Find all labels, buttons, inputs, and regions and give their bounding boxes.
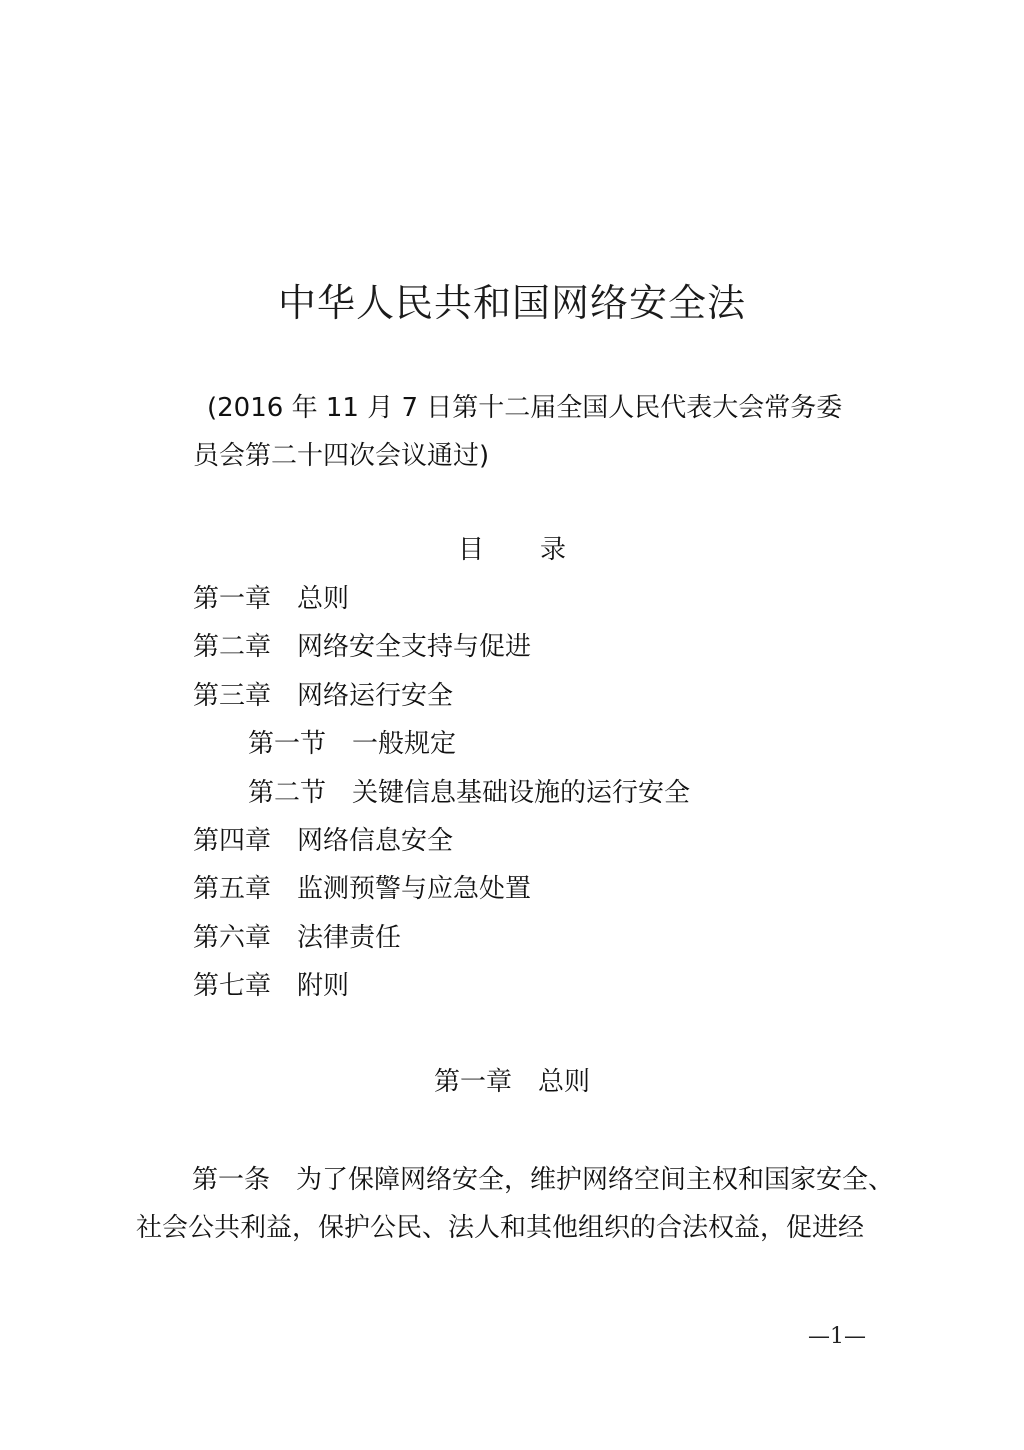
toc-item-number: 第二章: [193, 623, 271, 671]
chapter-title: 总则: [538, 1067, 590, 1097]
toc-item-title: 总则: [297, 584, 349, 614]
chapter-number: 第一章: [434, 1067, 512, 1097]
article-1: 第一条为了保障网络安全，维护网络空间主权和国家安全、 社会公共利益，保护公民、法…: [136, 1156, 926, 1252]
adoption-note-line-2: 员会第二十四次会议通过): [193, 432, 873, 480]
toc-item-chapter-3-section-2[interactable]: 第二节关键信息基础设施的运行安全: [193, 769, 893, 817]
toc-item-number: 第七章: [193, 962, 271, 1010]
toc-item-chapter-7[interactable]: 第七章附则: [193, 962, 893, 1010]
toc-item-number: 第一章: [193, 575, 271, 623]
article-text-line-1: 为了保障网络安全，维护网络空间主权和国家安全、: [296, 1165, 894, 1195]
adoption-note-line-1: (2016 年 11 月 7 日第十二届全国人民代表大会常务委: [193, 384, 873, 432]
toc-item-number: 第一节: [248, 720, 326, 768]
toc-item-number: 第六章: [193, 914, 271, 962]
page-number: —1—: [808, 1322, 866, 1352]
adoption-note: (2016 年 11 月 7 日第十二届全国人民代表大会常务委 员会第二十四次会…: [193, 384, 873, 480]
toc-item-chapter-1[interactable]: 第一章总则: [193, 575, 893, 623]
toc-item-chapter-3-section-1[interactable]: 第一节一般规定: [193, 720, 893, 768]
toc-item-title: 一般规定: [352, 729, 456, 759]
toc-item-chapter-3[interactable]: 第三章网络运行安全: [193, 672, 893, 720]
toc-item-title: 网络安全支持与促进: [297, 632, 531, 662]
toc-item-number: 第三章: [193, 672, 271, 720]
toc-item-title: 附则: [297, 971, 349, 1001]
document-title: 中华人民共和国网络安全法: [0, 278, 1024, 328]
toc-item-title: 监测预警与应急处置: [297, 874, 531, 904]
toc-item-title: 网络运行安全: [297, 681, 453, 711]
document-page: 中华人民共和国网络安全法 (2016 年 11 月 7 日第十二届全国人民代表大…: [0, 0, 1024, 1450]
toc-item-chapter-4[interactable]: 第四章网络信息安全: [193, 817, 893, 865]
toc-item-chapter-5[interactable]: 第五章监测预警与应急处置: [193, 865, 893, 913]
toc-item-chapter-6[interactable]: 第六章法律责任: [193, 914, 893, 962]
article-text-line-2: 社会公共利益，保护公民、法人和其他组织的合法权益，促进经: [136, 1204, 926, 1252]
article-number: 第一条: [192, 1165, 270, 1195]
table-of-contents: 第一章总则 第二章网络安全支持与促进 第三章网络运行安全 第一节一般规定 第二节…: [193, 575, 893, 1011]
toc-item-number: 第二节: [248, 769, 326, 817]
toc-item-number: 第四章: [193, 817, 271, 865]
toc-item-title: 法律责任: [297, 923, 401, 953]
toc-item-chapter-2[interactable]: 第二章网络安全支持与促进: [193, 623, 893, 671]
article-1-line-1: 第一条为了保障网络安全，维护网络空间主权和国家安全、: [136, 1156, 926, 1204]
toc-item-number: 第五章: [193, 865, 271, 913]
toc-item-title: 网络信息安全: [297, 826, 453, 856]
toc-heading-part-2: 录: [540, 530, 566, 570]
chapter-1-heading: 第一章总则: [0, 1062, 1024, 1102]
toc-heading-part-1: 目: [458, 530, 484, 570]
toc-item-title: 关键信息基础设施的运行安全: [352, 778, 690, 808]
toc-heading: 目录: [0, 530, 1024, 570]
